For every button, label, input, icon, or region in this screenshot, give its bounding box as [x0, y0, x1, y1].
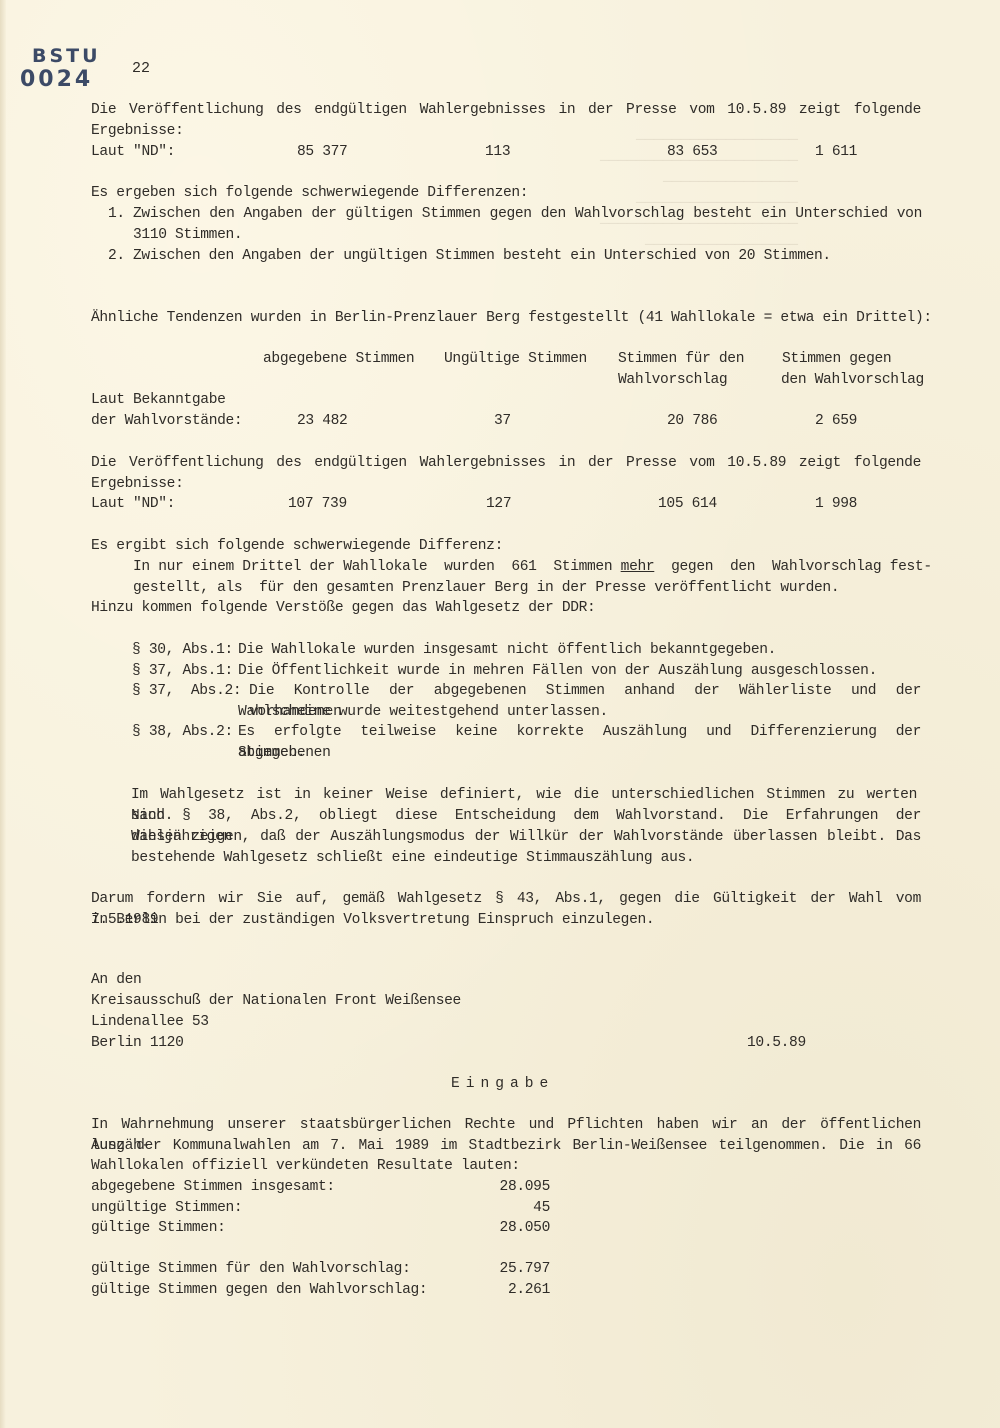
page-number: 22 [132, 60, 150, 77]
prenzlauer-intro: Ähnliche Tendenzen wurden in Berlin-Pren… [91, 308, 932, 329]
difference-text-pre: In nur einem Drittel der Wahllokale wurd… [133, 559, 621, 575]
result-label-for: gültige Stimmen für den Wahlvorschlag: [91, 1259, 411, 1280]
law-paragraph-line4: bestehende Wahlgesetz schließt eine eind… [131, 848, 694, 869]
column-header-cast: abgegebene Stimmen [263, 349, 414, 370]
official-value-cast: 23 482 [297, 411, 347, 432]
law-paragraph-line3: Wahlen zeigen, daß der Auszählungsmodus … [131, 827, 921, 848]
prenzlauer-press-intro: Die Veröffentlichung des endgültigen Wah… [91, 453, 921, 474]
prenzlauer-press-value-for: 105 614 [658, 494, 717, 515]
column-header-against-line2: den Wahlvorschlag [781, 370, 924, 391]
address-recipient: Kreisausschuß der Nationalen Front Weiße… [91, 991, 461, 1012]
press-value-for: 83 653 [667, 142, 717, 163]
result-value-valid: 28.050 [450, 1218, 550, 1239]
press-value-against: 1 611 [815, 142, 857, 163]
difference-text-line2: gestellt, als für den gesamten Prenzlaue… [133, 578, 839, 599]
difference-2-text: Zwischen den Angaben der ungültigen Stim… [133, 246, 831, 267]
eingabe-title: Eingabe [451, 1074, 554, 1095]
column-header-invalid: Ungültige Stimmen [444, 349, 587, 370]
official-label-line2: der Wahlvorstände: [91, 411, 242, 432]
violation-2-ref: § 37, Abs.1: [132, 661, 233, 682]
result-value-invalid: 45 [450, 1198, 550, 1219]
prenzlauer-press-intro-cont: Ergebnisse: [91, 474, 184, 495]
difference-1-text: Zwischen den Angaben der gültigen Stimme… [133, 204, 922, 225]
emphasis-more: mehr [621, 559, 655, 575]
prenzlauer-press-label: Laut "ND": [91, 494, 175, 515]
official-value-invalid: 37 [494, 411, 511, 432]
prenzlauer-press-value-against: 1 998 [815, 494, 857, 515]
result-label-against: gültige Stimmen gegen den Wahlvorschlag: [91, 1280, 427, 1301]
archive-stamp: BSTU 0024 [20, 44, 101, 92]
violation-2-text: Die Öffentlichkeit wurde in mehren Fälle… [238, 661, 877, 682]
result-value-against: 2.261 [450, 1280, 550, 1301]
difference-1-num: 1. [108, 204, 125, 225]
official-label-line1: Laut Bekanntgabe [91, 390, 226, 411]
press-value-cast: 85 377 [297, 142, 347, 163]
address-street: Lindenallee 53 [91, 1012, 209, 1033]
column-header-for-line2: Wahlvorschlag [618, 370, 727, 391]
result-label-valid: gültige Stimmen: [91, 1218, 226, 1239]
demand-line2: in Berlin bei der zuständigen Volksvertr… [91, 910, 654, 931]
column-header-against-line1: Stimmen gegen [782, 349, 891, 370]
prenzlauer-press-value-invalid: 127 [486, 494, 511, 515]
violation-1-text: Die Wahllokale wurden insgesamt nicht öf… [238, 640, 776, 661]
eingabe-body-line2: lung der Kommunalwahlen am 7. Mai 1989 i… [91, 1136, 921, 1157]
result-label-invalid: ungültige Stimmen: [91, 1198, 242, 1219]
difference-2-num: 2. [108, 246, 125, 267]
press-intro: Die Veröffentlichung des endgültigen Wah… [91, 100, 921, 121]
archive-stamp-line2: 0024 [20, 68, 101, 92]
violation-3-ref: § 37, Abs.2: [132, 681, 241, 702]
violations-heading: Hinzu kommen folgende Verstöße gegen das… [91, 598, 595, 619]
violation-4-cont: Stimmen. [238, 743, 305, 764]
difference-heading-2: Es ergibt sich folgende schwerwiegende D… [91, 536, 503, 557]
letter-date: 10.5.89 [747, 1033, 806, 1054]
difference-1-cont: 3110 Stimmen. [133, 225, 242, 246]
address-city: Berlin 1120 [91, 1033, 184, 1054]
paper-edge [0, 0, 6, 1428]
official-value-for: 20 786 [667, 411, 717, 432]
violation-4-ref: § 38, Abs.2: [132, 722, 233, 743]
violation-3-cont: Wahlscheine wurde weitestgehend unterlas… [238, 702, 608, 723]
result-value-for: 25.797 [450, 1259, 550, 1280]
violation-1-ref: § 30, Abs.1: [132, 640, 233, 661]
differences-heading: Es ergeben sich folgende schwerwiegende … [91, 183, 528, 204]
result-value-cast: 28.095 [450, 1177, 550, 1198]
press-row-label: Laut "ND": [91, 142, 175, 163]
prenzlauer-press-value-cast: 107 739 [288, 494, 347, 515]
result-label-cast: abgegebene Stimmen insgesamt: [91, 1177, 335, 1198]
official-value-against: 2 659 [815, 411, 857, 432]
archive-stamp-line1: BSTU [20, 44, 101, 68]
eingabe-body-line3: Wahllokalen offiziell verkündeten Result… [91, 1156, 520, 1177]
violation-4-text: Es erfolgte teilweise keine korrekte Aus… [238, 722, 921, 763]
address-line1: An den [91, 970, 141, 991]
press-value-invalid: 113 [485, 142, 510, 163]
difference-text-post: gegen den Wahlvorschlag fest- [654, 559, 931, 575]
column-header-for-line1: Stimmen für den [618, 349, 744, 370]
difference-text-line1: In nur einem Drittel der Wahllokale wurd… [133, 557, 932, 578]
press-intro-cont: Ergebnisse: [91, 121, 184, 142]
